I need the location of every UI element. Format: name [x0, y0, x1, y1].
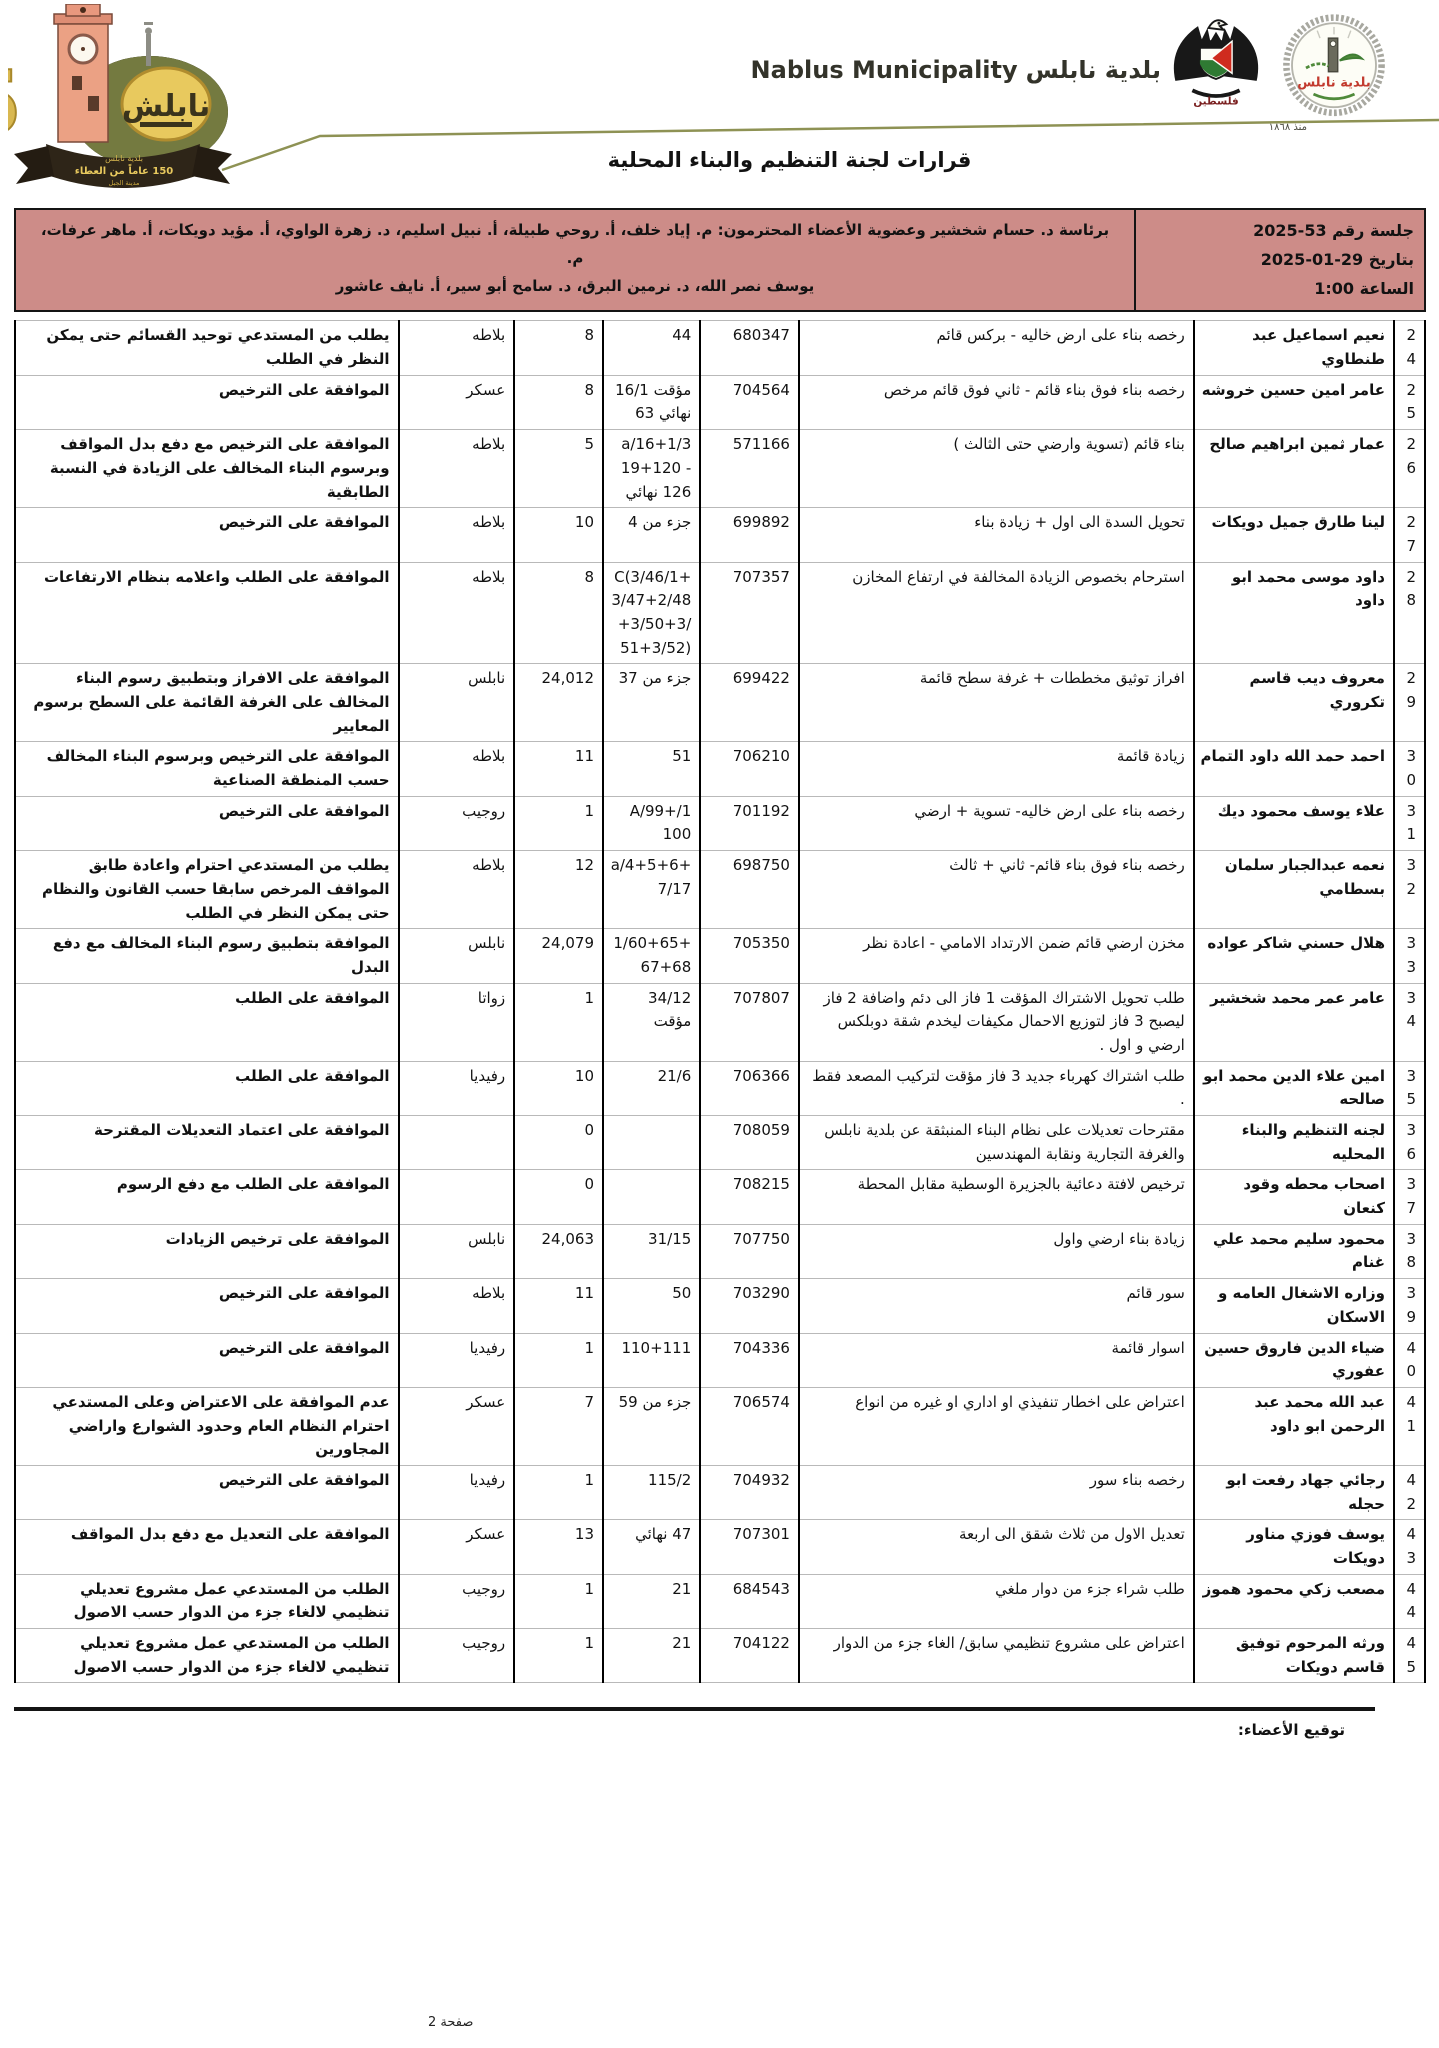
decision-cell: الموافقة على الترخيص — [15, 1279, 399, 1333]
plot-number-cell: 21 — [603, 1574, 700, 1628]
file-number-cell: 699892 — [700, 508, 799, 562]
table-row: 38محمود سليم محمد علي غنامزيادة بناء ارض… — [15, 1224, 1425, 1278]
applicant-name-cell: محمود سليم محمد علي غنام — [1194, 1224, 1394, 1278]
request-cell: استرحام بخصوص الزيادة المخالفة في ارتفاع… — [799, 562, 1194, 664]
applicant-name-cell: عامر امين حسين خروشه — [1194, 375, 1394, 429]
location-cell: رفيديا — [399, 1465, 515, 1519]
file-number-cell: 703290 — [700, 1279, 799, 1333]
block-number-cell: 12 — [514, 851, 603, 929]
table-row: 34عامر عمر محمد شخشيرطلب تحويل الاشتراك … — [15, 983, 1425, 1061]
row-number-cell: 29 — [1394, 664, 1425, 742]
decision-cell: الطلب من المستدعي عمل مشروع تعديلي تنظيم… — [15, 1629, 399, 1683]
block-number-cell: 1 — [514, 1574, 603, 1628]
location-cell — [399, 1170, 515, 1224]
plot-number-cell: مؤقت 16/1 نهائي 63 — [603, 375, 700, 429]
block-number-cell: 10 — [514, 1061, 603, 1115]
document-title: قرارات لجنة التنظيم والبناء المحلية — [70, 148, 1439, 172]
applicant-name-cell: لجنه التنظيم والبناء المحليه — [1194, 1116, 1394, 1170]
eagle-caption-text: فلسطين — [1193, 96, 1238, 108]
plot-number-cell: 110+111 — [603, 1333, 700, 1387]
crest-caption-text: بلدية نابلس — [1297, 76, 1371, 91]
table-row: 43يوسف فوزي مناور دويكاتتعديل الاول من ث… — [15, 1520, 1425, 1574]
block-number-cell: 0 — [514, 1116, 603, 1170]
block-number-cell: 7 — [514, 1387, 603, 1465]
applicant-name-cell: وزاره الاشغال العامه و الاسكان — [1194, 1279, 1394, 1333]
applicant-name-cell: ورثه المرحوم توفيق قاسم دويكات — [1194, 1629, 1394, 1683]
location-cell: عسكر — [399, 375, 515, 429]
request-cell: زيادة قائمة — [799, 742, 1194, 796]
plot-number-cell: 1/60+65+67+68 — [603, 929, 700, 983]
row-number-cell: 31 — [1394, 796, 1425, 850]
file-number-cell: 704932 — [700, 1465, 799, 1519]
plot-number-cell: a/4+5+6+7/17 — [603, 851, 700, 929]
svg-text:مدينة الجبل: مدينة الجبل — [108, 179, 139, 187]
crest-since-label: منذ ١٨٦٨ — [1269, 122, 1307, 133]
file-number-cell: 706366 — [700, 1061, 799, 1115]
table-row: 45ورثه المرحوم توفيق قاسم دويكاتاعتراض ع… — [15, 1629, 1425, 1683]
table-row: 24نعيم اسماعيل عبد طنطاويرخصه بناء على ا… — [15, 321, 1425, 375]
plot-number-cell — [603, 1116, 700, 1170]
decision-cell: الطلب من المستدعي عمل مشروع تعديلي تنظيم… — [15, 1574, 399, 1628]
plot-number-cell: 31/15 — [603, 1224, 700, 1278]
request-cell: رخصه بناء سور — [799, 1465, 1194, 1519]
applicant-name-cell: اصحاب محطه وقود كنعان — [1194, 1170, 1394, 1224]
applicant-name-cell: هلال حسني شاكر عواده — [1194, 929, 1394, 983]
page-header: 15 نابلش بلدية نابلس 150 عاماً من العطاء… — [0, 0, 1439, 208]
plot-number-cell: 44 — [603, 321, 700, 375]
table-row: 39وزاره الاشغال العامه و الاسكانسور قائم… — [15, 1279, 1425, 1333]
decision-cell: الموافقة على الترخيص — [15, 796, 399, 850]
row-number-cell: 32 — [1394, 851, 1425, 929]
row-number-cell: 39 — [1394, 1279, 1425, 1333]
table-row: 42رجائي جهاد رفعت ابو حجلهرخصه بناء سور7… — [15, 1465, 1425, 1519]
applicant-name-cell: مصعب زكي محمود هموز — [1194, 1574, 1394, 1628]
location-cell: بلاطه — [399, 562, 515, 664]
location-cell: نابلس — [399, 1224, 515, 1278]
location-cell: بلاطه — [399, 508, 515, 562]
file-number-cell: 707357 — [700, 562, 799, 664]
row-number-cell: 45 — [1394, 1629, 1425, 1683]
decision-cell: الموافقة على التعديل مع دفع بدل المواقف — [15, 1520, 399, 1574]
applicant-name-cell: ضياء الدين فاروق حسين عفوري — [1194, 1333, 1394, 1387]
location-cell: عسكر — [399, 1520, 515, 1574]
session-date: بتاريخ 29-01-2025 — [1142, 246, 1414, 275]
location-cell: زواتا — [399, 983, 515, 1061]
palestine-eagle-emblem: فلسطين — [1164, 12, 1268, 112]
block-number-cell: 1 — [514, 983, 603, 1061]
block-number-cell: 1 — [514, 1465, 603, 1519]
applicant-name-cell: نعيم اسماعيل عبد طنطاوي — [1194, 321, 1394, 375]
request-cell: اعتراض على مشروع تنظيمي سابق/ الغاء جزء … — [799, 1629, 1194, 1683]
table-row: 41عبد الله محمد عبد الرحمن ابو داوداعترا… — [15, 1387, 1425, 1465]
plot-number-cell — [603, 1170, 700, 1224]
location-cell: رفيديا — [399, 1333, 515, 1387]
session-number: جلسة رقم 53-2025 — [1142, 217, 1414, 246]
decision-cell: الموافقة على الطلب — [15, 1061, 399, 1115]
applicant-name-cell: امين علاء الدين محمد ابو صالحه — [1194, 1061, 1394, 1115]
plot-number-cell: جزء من 37 — [603, 664, 700, 742]
svg-text:15: 15 — [8, 52, 22, 155]
row-number-cell: 42 — [1394, 1465, 1425, 1519]
table-row: 25عامر امين حسين خروشهرخصه بناء فوق بناء… — [15, 375, 1425, 429]
table-row: 44مصعب زكي محمود هموزطلب شراء جزء من دوا… — [15, 1574, 1425, 1628]
request-cell: رخصه بناء فوق بناء قائم- ثاني + ثالث — [799, 851, 1194, 929]
brand-arabic: بلدية نابلس — [1026, 56, 1161, 84]
block-number-cell: 10 — [514, 508, 603, 562]
decision-cell: الموافقة على الطلب واعلامه بنظام الارتفا… — [15, 562, 399, 664]
block-number-cell: 1 — [514, 1629, 603, 1683]
plot-number-cell: a/16+1/3 19+120 - 126 نهائي — [603, 430, 700, 508]
file-number-cell: 684543 — [700, 1574, 799, 1628]
decision-cell: الموافقة على الترخيص — [15, 375, 399, 429]
file-number-cell: 707807 — [700, 983, 799, 1061]
request-cell: مقترحات تعديلات على نظام البناء المنبثقة… — [799, 1116, 1194, 1170]
decisions-table: 24نعيم اسماعيل عبد طنطاويرخصه بناء على ا… — [14, 320, 1426, 1683]
table-row: 40ضياء الدين فاروق حسين عفورياسوار قائمة… — [15, 1333, 1425, 1387]
row-number-cell: 41 — [1394, 1387, 1425, 1465]
decision-cell: الموافقة على الطلب — [15, 983, 399, 1061]
block-number-cell: 11 — [514, 1279, 603, 1333]
file-number-cell: 707301 — [700, 1520, 799, 1574]
plot-number-cell: 21/6 — [603, 1061, 700, 1115]
brand-wordmark: بلدية نابلسNablus Municipality — [751, 56, 1161, 84]
decision-cell: يطلب من المستدعي احترام واعادة طابق المو… — [15, 851, 399, 929]
file-number-cell: 706574 — [700, 1387, 799, 1465]
row-number-cell: 38 — [1394, 1224, 1425, 1278]
decision-cell: الموافقة على اعتماد التعديلات المقترحة — [15, 1116, 399, 1170]
location-cell: بلاطه — [399, 1279, 515, 1333]
request-cell: تحويل السدة الى اول + زيادة بناء — [799, 508, 1194, 562]
block-number-cell: 1 — [514, 796, 603, 850]
request-cell: زيادة بناء ارضي واول — [799, 1224, 1194, 1278]
committee-members-cell: برئاسة د. حسام شخشير وعضوية الأعضاء المح… — [16, 210, 1134, 310]
decision-cell: الموافقة على الترخيص مع دفع بدل المواقف … — [15, 430, 399, 508]
applicant-name-cell: معروف ديب قاسم تكروري — [1194, 664, 1394, 742]
applicant-name-cell: عمار ثمين ابراهيم صالح — [1194, 430, 1394, 508]
location-cell: بلاطه — [399, 851, 515, 929]
applicant-name-cell: احمد حمد الله داود التمام — [1194, 742, 1394, 796]
request-cell: طلب تحويل الاشتراك المؤقت 1 فاز الى دئم … — [799, 983, 1194, 1061]
row-number-cell: 40 — [1394, 1333, 1425, 1387]
row-number-cell: 25 — [1394, 375, 1425, 429]
location-cell: نابلس — [399, 929, 515, 983]
table-row: 35امين علاء الدين محمد ابو صالحهطلب اشتر… — [15, 1061, 1425, 1115]
block-number-cell: 0 — [514, 1170, 603, 1224]
block-number-cell: 24,079 — [514, 929, 603, 983]
plot-number-cell: C(3/46/1+3/47+2/48+3/50+3/51+3/52) — [603, 562, 700, 664]
block-number-cell: 8 — [514, 321, 603, 375]
session-info-bar: جلسة رقم 53-2025 بتاريخ 29-01-2025 الساع… — [14, 208, 1426, 312]
location-cell: روجيب — [399, 1629, 515, 1683]
plot-number-cell: 50 — [603, 1279, 700, 1333]
decision-cell: الموافقة على الطلب مع دفع الرسوم — [15, 1170, 399, 1224]
plot-number-cell: جزء من 4 — [603, 508, 700, 562]
block-number-cell: 5 — [514, 430, 603, 508]
document-page: 15 نابلش بلدية نابلس 150 عاماً من العطاء… — [0, 0, 1439, 2048]
row-number-cell: 24 — [1394, 321, 1425, 375]
request-cell: طلب اشتراك كهرباء جديد 3 فاز مؤقت لتركيب… — [799, 1061, 1194, 1115]
members-signature-label: توقيع الأعضاء: — [0, 1721, 1345, 1739]
applicant-name-cell: عامر عمر محمد شخشير — [1194, 983, 1394, 1061]
decision-cell: الموافقة بتطبيق رسوم البناء المخالف مع د… — [15, 929, 399, 983]
location-cell: بلاطه — [399, 321, 515, 375]
row-number-cell: 28 — [1394, 562, 1425, 664]
request-cell: تعديل الاول من ثلاث شقق الى اربعة — [799, 1520, 1194, 1574]
row-number-cell: 33 — [1394, 929, 1425, 983]
plot-number-cell: A/99+/1 100 — [603, 796, 700, 850]
table-row: 29معروف ديب قاسم تكروريافراز توثيق مخططا… — [15, 664, 1425, 742]
location-cell: عسكر — [399, 1387, 515, 1465]
file-number-cell: 704122 — [700, 1629, 799, 1683]
file-number-cell: 699422 — [700, 664, 799, 742]
applicant-name-cell: علاء يوسف محمود ديك — [1194, 796, 1394, 850]
decision-cell: الموافقة على ترخيص الزيادات — [15, 1224, 399, 1278]
request-cell: سور قائم — [799, 1279, 1194, 1333]
decision-cell: عدم الموافقة على الاعتراض وعلى المستدعي … — [15, 1387, 399, 1465]
file-number-cell: 708215 — [700, 1170, 799, 1224]
request-cell: طلب شراء جزء من دوار ملغي — [799, 1574, 1194, 1628]
location-cell — [399, 1116, 515, 1170]
row-number-cell: 30 — [1394, 742, 1425, 796]
request-cell: بناء قائم (تسوية وارضي حتى الثالث ) — [799, 430, 1194, 508]
table-row: 32نعمه عبدالجبار سلمان بسطاميرخصه بناء ف… — [15, 851, 1425, 929]
file-number-cell: 571166 — [700, 430, 799, 508]
table-row: 37اصحاب محطه وقود كنعانترخيص لافتة دعائي… — [15, 1170, 1425, 1224]
table-row: 28داود موسى محمد ابو داوداسترحام بخصوص ا… — [15, 562, 1425, 664]
decisions-table-body: 24نعيم اسماعيل عبد طنطاويرخصه بناء على ا… — [15, 321, 1425, 1683]
plot-number-cell: 115/2 — [603, 1465, 700, 1519]
applicant-name-cell: عبد الله محمد عبد الرحمن ابو داود — [1194, 1387, 1394, 1465]
block-number-cell: 1 — [514, 1333, 603, 1387]
file-number-cell: 706210 — [700, 742, 799, 796]
decision-cell: الموافقة على الترخيص — [15, 508, 399, 562]
file-number-cell: 707750 — [700, 1224, 799, 1278]
members-line-2: يوسف نصر الله، د. نرمين البرق، د. سامح أ… — [32, 273, 1118, 301]
session-time: الساعة 1:00 — [1142, 275, 1414, 304]
nablus-municipality-crest-logo: بلدية نابلس — [1278, 12, 1390, 124]
file-number-cell: 680347 — [700, 321, 799, 375]
request-cell: مخزن ارضي قائم ضمن الارتداد الامامي - اع… — [799, 929, 1194, 983]
request-cell: اسوار قائمة — [799, 1333, 1194, 1387]
file-number-cell: 705350 — [700, 929, 799, 983]
location-cell: بلاطه — [399, 430, 515, 508]
request-cell: رخصه بناء على ارض خاليه- تسوية + ارضي — [799, 796, 1194, 850]
row-number-cell: 35 — [1394, 1061, 1425, 1115]
page-number: صفحة 2 — [428, 2015, 473, 2030]
block-number-cell: 8 — [514, 562, 603, 664]
table-row: 31علاء يوسف محمود ديكرخصه بناء على ارض خ… — [15, 796, 1425, 850]
row-number-cell: 27 — [1394, 508, 1425, 562]
location-cell: روجيب — [399, 1574, 515, 1628]
block-number-cell: 8 — [514, 375, 603, 429]
applicant-name-cell: لينا طارق جميل دويكات — [1194, 508, 1394, 562]
decision-cell: الموافقة على الترخيص — [15, 1465, 399, 1519]
location-cell: بلاطه — [399, 742, 515, 796]
table-row: 33هلال حسني شاكر عوادهمخزن ارضي قائم ضمن… — [15, 929, 1425, 983]
logo-150-nablus-calligraphy: نابلش — [122, 89, 210, 124]
row-number-cell: 37 — [1394, 1170, 1425, 1224]
plot-number-cell: 51 — [603, 742, 700, 796]
applicant-name-cell: رجائي جهاد رفعت ابو حجله — [1194, 1465, 1394, 1519]
plot-number-cell: 47 نهائي — [603, 1520, 700, 1574]
request-cell: رخصه بناء على ارض خاليه - بركس قائم — [799, 321, 1194, 375]
applicant-name-cell: نعمه عبدالجبار سلمان بسطامي — [1194, 851, 1394, 929]
row-number-cell: 43 — [1394, 1520, 1425, 1574]
block-number-cell: 24,012 — [514, 664, 603, 742]
plot-number-cell: 21 — [603, 1629, 700, 1683]
row-number-cell: 36 — [1394, 1116, 1425, 1170]
row-number-cell: 26 — [1394, 430, 1425, 508]
decision-cell: الموافقة على الترخيص — [15, 1333, 399, 1387]
location-cell: نابلس — [399, 664, 515, 742]
applicant-name-cell: يوسف فوزي مناور دويكات — [1194, 1520, 1394, 1574]
file-number-cell: 708059 — [700, 1116, 799, 1170]
decision-cell: الموافقة على الترخيص وبرسوم البناء المخا… — [15, 742, 399, 796]
signature-divider-rule — [14, 1707, 1375, 1711]
plot-number-cell: 34/12 مؤقت — [603, 983, 700, 1061]
request-cell: اعتراض على اخطار تنفيذي او اداري او غيره… — [799, 1387, 1194, 1465]
table-row: 30احمد حمد الله داود التمامزيادة قائمة70… — [15, 742, 1425, 796]
request-cell: افراز توثيق مخططات + غرفة سطح قائمة — [799, 664, 1194, 742]
session-meta-cell: جلسة رقم 53-2025 بتاريخ 29-01-2025 الساع… — [1134, 210, 1424, 310]
block-number-cell: 24,063 — [514, 1224, 603, 1278]
members-line-1: برئاسة د. حسام شخشير وعضوية الأعضاء المح… — [32, 217, 1118, 273]
block-number-cell: 13 — [514, 1520, 603, 1574]
brand-english: Nablus Municipality — [751, 56, 1018, 84]
header-emblems: بلدية نابلس فلسطين — [1164, 12, 1390, 124]
file-number-cell: 704336 — [700, 1333, 799, 1387]
applicant-name-cell: داود موسى محمد ابو داود — [1194, 562, 1394, 664]
request-cell: رخصه بناء فوق بناء قائم - ثاني فوق قائم … — [799, 375, 1194, 429]
block-number-cell: 11 — [514, 742, 603, 796]
decision-cell: يطلب من المستدعي توحيد القسائم حتى يمكن … — [15, 321, 399, 375]
table-row: 26عمار ثمين ابراهيم صالحبناء قائم (تسوية… — [15, 430, 1425, 508]
table-row: 27لينا طارق جميل دويكاتتحويل السدة الى ا… — [15, 508, 1425, 562]
location-cell: روجيب — [399, 796, 515, 850]
location-cell: رفيديا — [399, 1061, 515, 1115]
decision-cell: الموافقة على الافراز وبتطبيق رسوم البناء… — [15, 664, 399, 742]
row-number-cell: 44 — [1394, 1574, 1425, 1628]
file-number-cell: 698750 — [700, 851, 799, 929]
row-number-cell: 34 — [1394, 983, 1425, 1061]
table-row: 36لجنه التنظيم والبناء المحليهمقترحات تع… — [15, 1116, 1425, 1170]
file-number-cell: 701192 — [700, 796, 799, 850]
plot-number-cell: جزء من 59 — [603, 1387, 700, 1465]
request-cell: ترخيص لافتة دعائية بالجزيرة الوسطية مقاب… — [799, 1170, 1194, 1224]
file-number-cell: 704564 — [700, 375, 799, 429]
